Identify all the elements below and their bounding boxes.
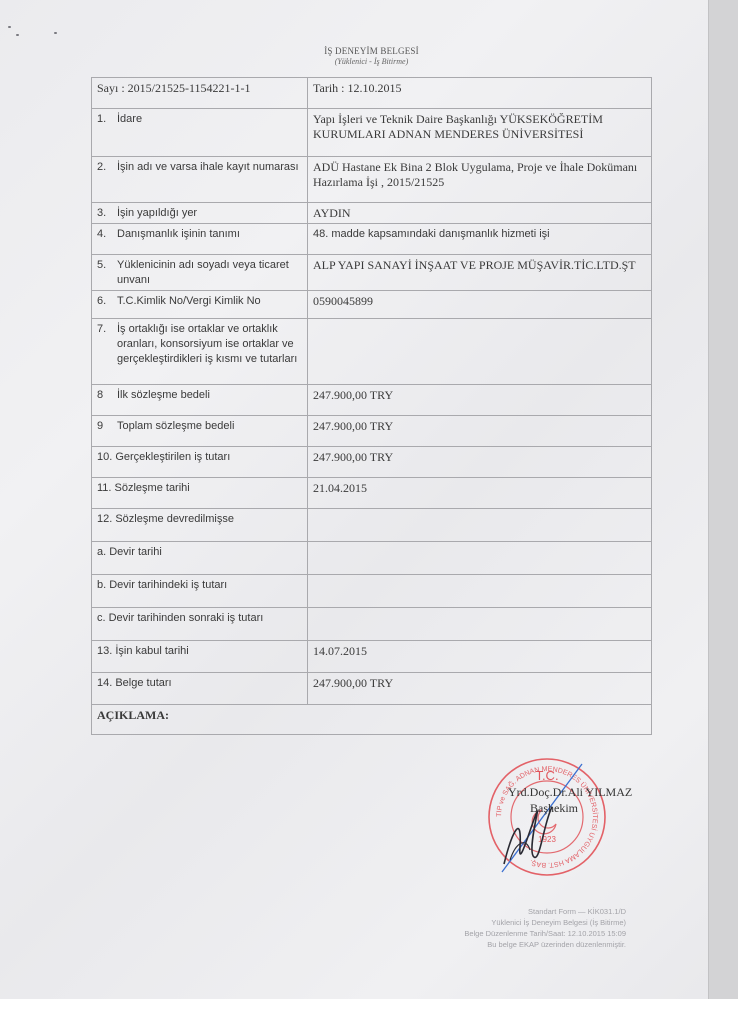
row-value	[308, 608, 652, 641]
scan-speck	[54, 32, 57, 34]
row-value: 247.900,00 TRY	[308, 447, 652, 478]
row-label: 4.Danışmanlık işinin tanımı	[92, 224, 308, 255]
row-value: 0590045899	[308, 291, 652, 319]
header-row: Sayı : 2015/21525-1154221-1-1 Tarih : 12…	[92, 78, 652, 109]
row-value: Yapı İşleri ve Teknik Daire Başkanlığı Y…	[308, 109, 652, 157]
row-value: 48. madde kapsamındaki danışmanlık hizme…	[308, 224, 652, 255]
row-value: 247.900,00 TRY	[308, 416, 652, 447]
table-row: 10. Gerçekleştirilen iş tutarı 247.900,0…	[92, 447, 652, 478]
row-value: 14.07.2015	[308, 641, 652, 673]
row-label: 9Toplam sözleşme bedeli	[92, 416, 308, 447]
row-label: 10. Gerçekleştirilen iş tutarı	[92, 447, 308, 478]
footer-line-form-code: Standart Form — KİK031.1/D	[380, 906, 626, 917]
form-footer: Standart Form — KİK031.1/D Yüklenici İş …	[380, 906, 626, 950]
table-row: c. Devir tarihinden sonraki iş tutarı	[92, 608, 652, 641]
table-row: 2.İşin adı ve varsa ihale kayıt numarası…	[92, 157, 652, 203]
footer-line-ekap-note: Bu belge EKAP üzerinden düzenlenmiştir.	[380, 939, 626, 950]
table-row: 1.İdare Yapı İşleri ve Teknik Daire Başk…	[92, 109, 652, 157]
table-row: 6.T.C.Kimlik No/Vergi Kimlik No 05900458…	[92, 291, 652, 319]
row-value: AYDIN	[308, 203, 652, 224]
table-row: 13. İşin kabul tarihi 14.07.2015	[92, 641, 652, 673]
row-label: 11. Sözleşme tarihi	[92, 478, 308, 509]
table-row: 4.Danışmanlık işinin tanımı 48. madde ka…	[92, 224, 652, 255]
row-label: 13. İşin kabul tarihi	[92, 641, 308, 673]
experience-form-table: Sayı : 2015/21525-1154221-1-1 Tarih : 12…	[91, 77, 652, 735]
row-label: 8İlk sözleşme bedeli	[92, 385, 308, 416]
row-value: ALP YAPI SANAYİ İNŞAAT VE PROJE MÜŞAVİR.…	[308, 255, 652, 291]
table-row: 9Toplam sözleşme bedeli 247.900,00 TRY	[92, 416, 652, 447]
official-seal-stamp: T.C. 1923 TIP ve SAĞ. ADNAN MENDERES ÜNİ…	[482, 752, 612, 882]
table-row: 3.İşin yapıldığı yer AYDIN	[92, 203, 652, 224]
row-label: b. Devir tarihindeki iş tutarı	[92, 575, 308, 608]
table-row: 11. Sözleşme tarihi 21.04.2015	[92, 478, 652, 509]
footer-line-form-name: Yüklenici İş Deneyim Belgesi (İş Bitirme…	[380, 917, 626, 928]
row-value: 21.04.2015	[308, 478, 652, 509]
row-value	[308, 575, 652, 608]
row-label: 12. Sözleşme devredilmişse	[92, 509, 308, 542]
scan-speck	[16, 34, 19, 36]
table-row: 12. Sözleşme devredilmişse	[92, 509, 652, 542]
table-row: b. Devir tarihindeki iş tutarı	[92, 575, 652, 608]
row-label: 14. Belge tutarı	[92, 673, 308, 705]
footer-line-issue-datetime: Belge Düzenlenme Tarih/Saat: 12.10.2015 …	[380, 928, 626, 939]
table-row: a. Devir tarihi	[92, 542, 652, 575]
sayi-cell: Sayı : 2015/21525-1154221-1-1	[92, 78, 308, 109]
signer-name: Yrd.Doç.Dr.Ali YILMAZ	[508, 784, 648, 800]
table-row: 8İlk sözleşme bedeli 247.900,00 TRY	[92, 385, 652, 416]
row-value: 247.900,00 TRY	[308, 673, 652, 705]
row-label: c. Devir tarihinden sonraki iş tutarı	[92, 608, 308, 641]
row-label: a. Devir tarihi	[92, 542, 308, 575]
row-value	[308, 319, 652, 385]
row-label: 5.Yüklenicinin adı soyadı veya ticaret u…	[92, 255, 308, 291]
aciklama-label: AÇIKLAMA:	[92, 705, 652, 735]
table-row: 7.İş ortaklığı ise ortaklar ve ortaklık …	[92, 319, 652, 385]
table-row: 5.Yüklenicinin adı soyadı veya ticaret u…	[92, 255, 652, 291]
row-label: 6.T.C.Kimlik No/Vergi Kimlik No	[92, 291, 308, 319]
tarih-cell: Tarih : 12.10.2015	[308, 78, 652, 109]
aciklama-row: AÇIKLAMA:	[92, 705, 652, 735]
scan-edge-strip	[708, 0, 738, 999]
signer-role: Başhekim	[508, 800, 648, 816]
scan-speck	[8, 26, 11, 28]
row-label: 2.İşin adı ve varsa ihale kayıt numarası	[92, 157, 308, 203]
document-subtitle: (Yüklenici - İş Bitirme)	[0, 57, 743, 66]
row-label: 3.İşin yapıldığı yer	[92, 203, 308, 224]
signature-block: Yrd.Doç.Dr.Ali YILMAZ Başhekim	[508, 784, 648, 816]
row-value: 247.900,00 TRY	[308, 385, 652, 416]
row-label: 1.İdare	[92, 109, 308, 157]
row-value	[308, 542, 652, 575]
row-value	[308, 509, 652, 542]
row-value: ADÜ Hastane Ek Bina 2 Blok Uygulama, Pro…	[308, 157, 652, 203]
table-row: 14. Belge tutarı 247.900,00 TRY	[92, 673, 652, 705]
row-label: 7.İş ortaklığı ise ortaklar ve ortaklık …	[92, 319, 308, 385]
document-title: İŞ DENEYİM BELGESİ	[0, 46, 743, 56]
